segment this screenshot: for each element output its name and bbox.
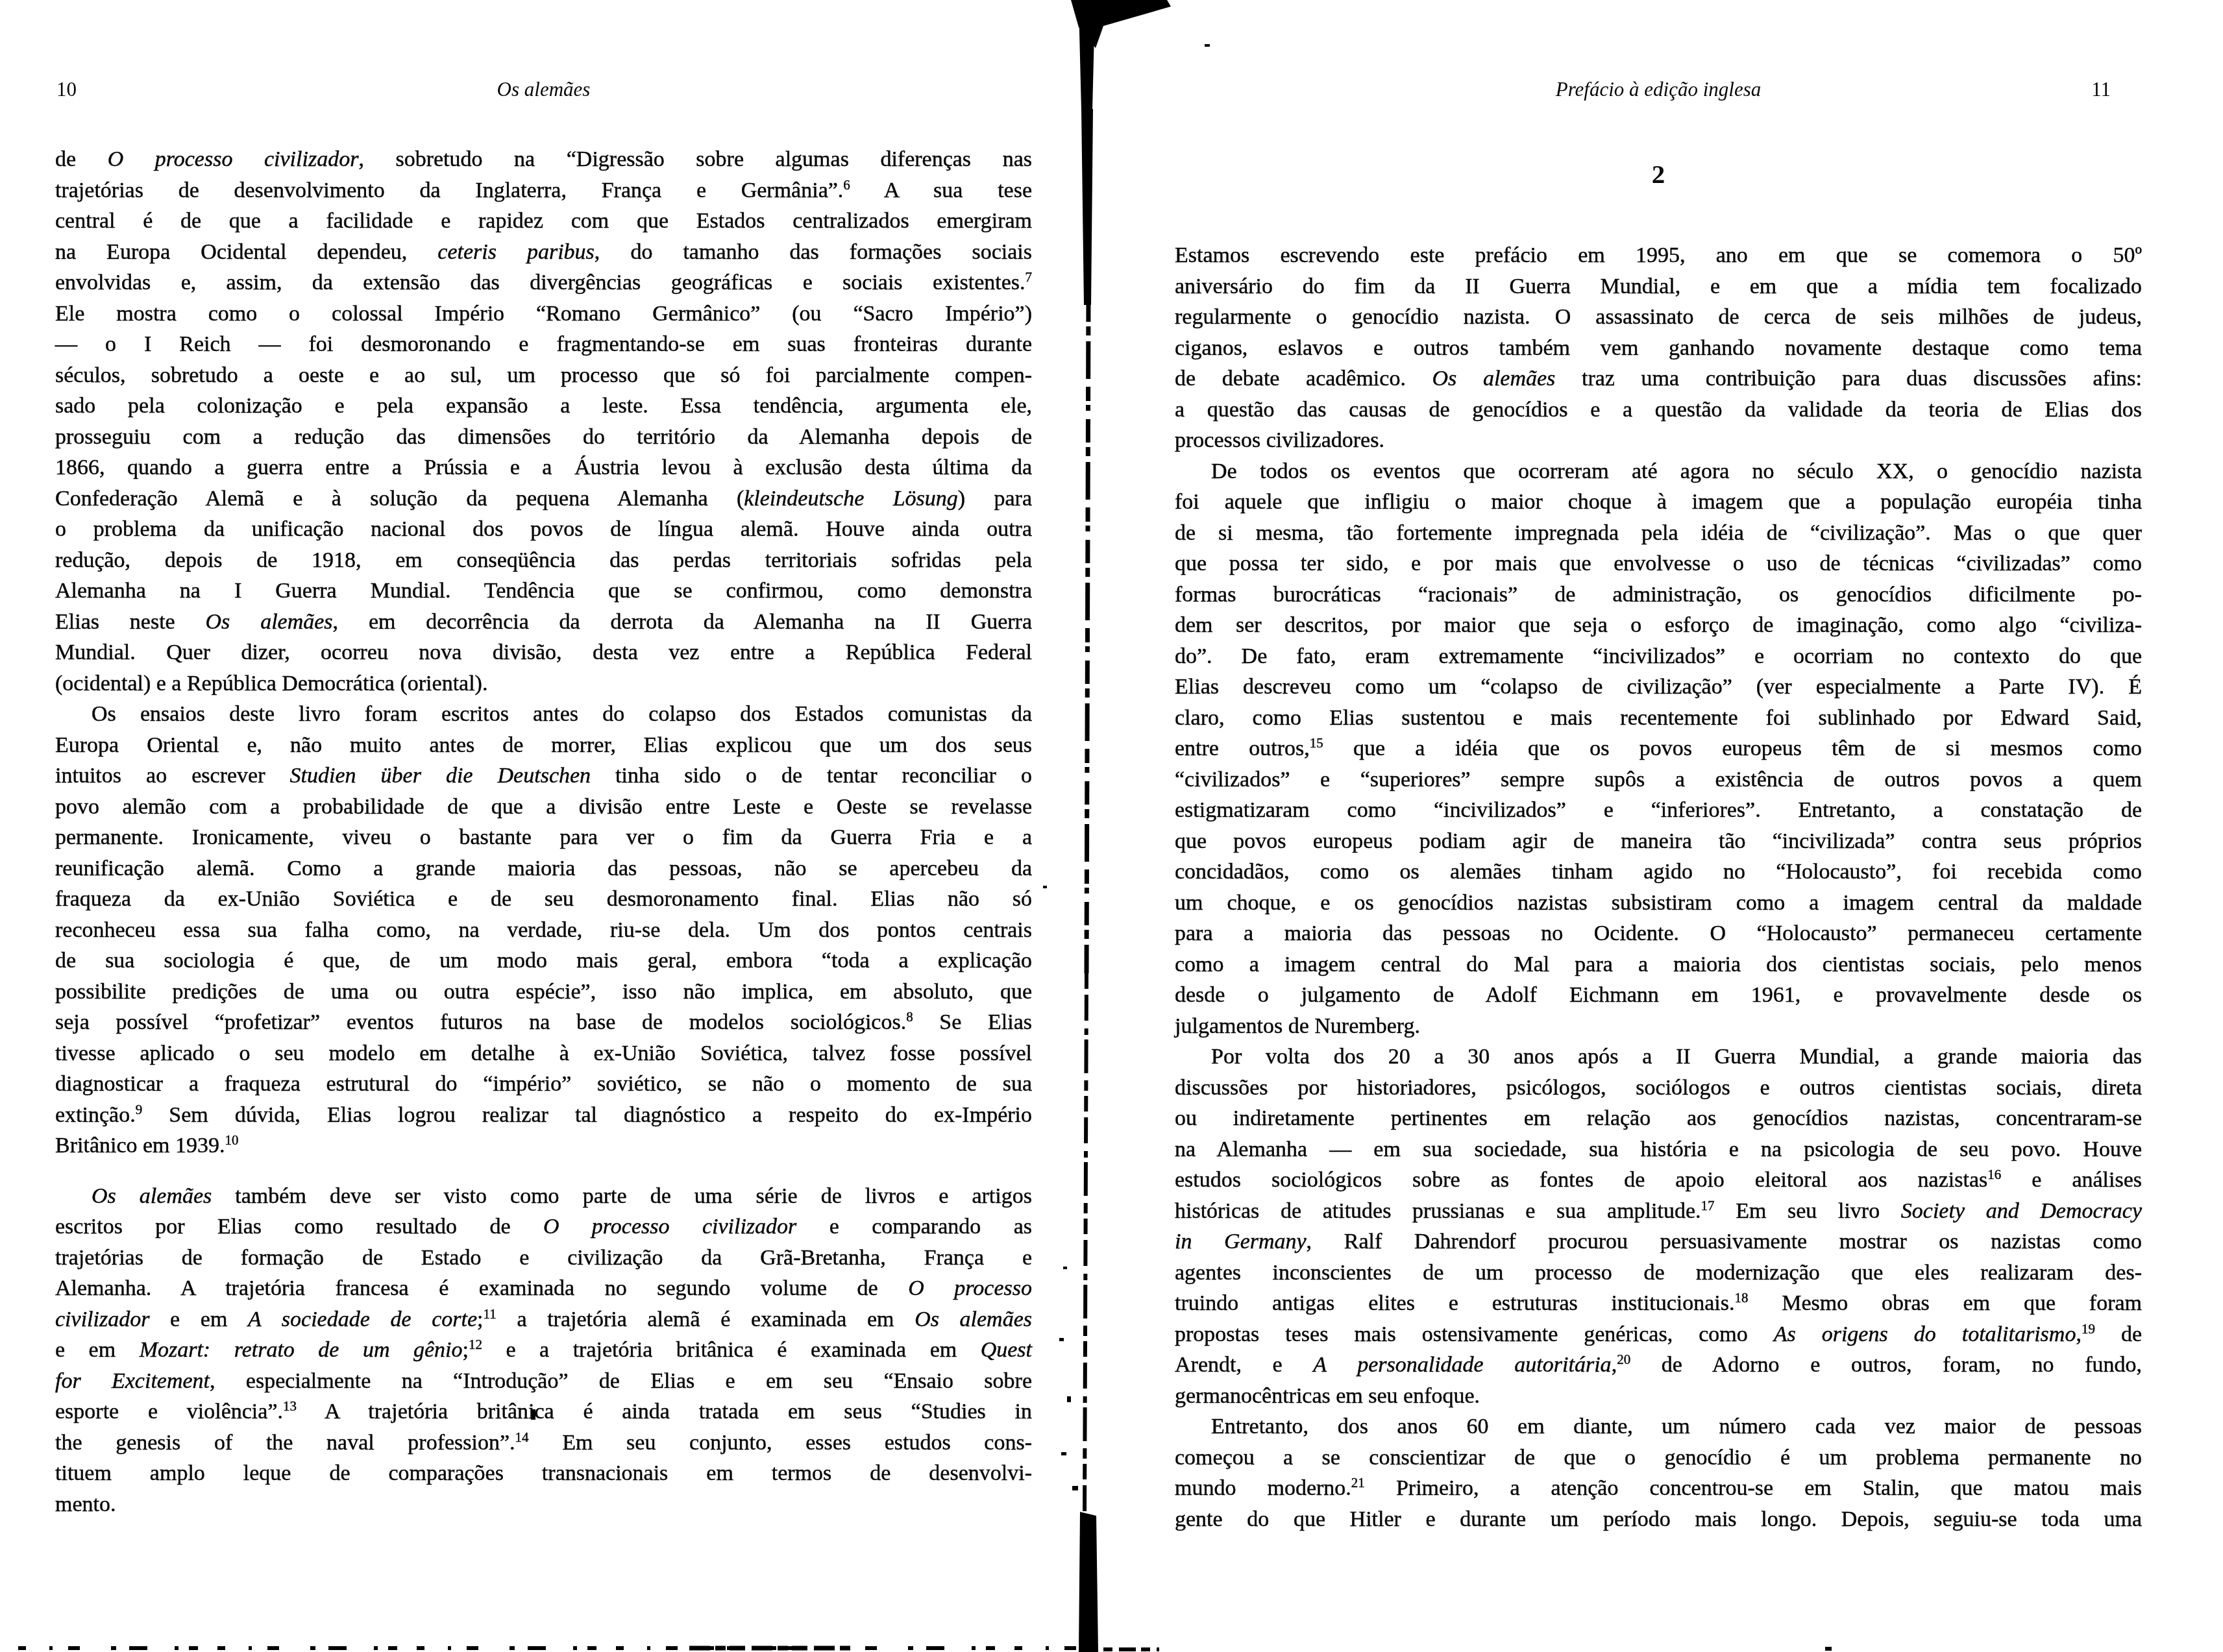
text-line: tivesse aplicado o seu modelo em detalhe… xyxy=(55,1038,1032,1069)
text-line: for Excitement, especialmente na “Introd… xyxy=(55,1366,1032,1397)
text-line: the genesis of the naval profession”.14 … xyxy=(55,1427,1032,1459)
text-line: formas burocráticas “racionais” de admin… xyxy=(1175,579,2142,611)
text-line: povo alemão com a probabilidade de que a… xyxy=(55,792,1032,823)
paragraph: De todos os eventos que ocorreram até ag… xyxy=(1175,456,2142,1042)
speck xyxy=(1059,1338,1064,1341)
text-line: Por volta dos 20 a 30 anos após a II Gue… xyxy=(1175,1041,2142,1073)
paragraph: Por volta dos 20 a 30 anos após a II Gue… xyxy=(1175,1041,2142,1411)
paragraph: de O processo civilizador, sobretudo na … xyxy=(55,144,1032,699)
text-line: julgamentos de Nuremberg. xyxy=(1175,1011,2142,1042)
text-line: ou indiretamente pertinentes em relação … xyxy=(1175,1103,2142,1134)
text-line: mento. xyxy=(55,1489,1032,1520)
text-line: Ele mostra como o colossal Império “Roma… xyxy=(55,298,1032,330)
right-running-header: Prefácio à edição inglesa xyxy=(1175,78,2142,101)
text-line: estigmatizaram como “incivilizados” e “i… xyxy=(1175,795,2142,826)
text-line: séculos, sobretudo a oeste e ao sul, um … xyxy=(55,360,1032,391)
text-line: Europa Oriental e, não muito antes de mo… xyxy=(55,730,1032,761)
right-page-header: Prefácio à edição inglesa 11 xyxy=(1175,78,2142,106)
text-line: para a maioria das pessoas no Ocidente. … xyxy=(1175,918,2142,949)
gutter-line-mid xyxy=(1081,109,1093,305)
gutter-line-top xyxy=(1079,5,1095,110)
text-line: Elias descreveu como um “colapso de civi… xyxy=(1175,672,2142,703)
text-line: central é de que a facilidade e rapidez … xyxy=(55,206,1032,237)
text-line: regularmente o genocídio nazista. O assa… xyxy=(1175,302,2142,333)
text-line: de sua sociologia é que, de um modo mais… xyxy=(55,945,1032,977)
text-line: de si mesma, tão fortemente impregnada p… xyxy=(1175,518,2142,549)
speck xyxy=(1072,1486,1078,1490)
speck xyxy=(1205,44,1210,47)
gutter-line-dashed-1 xyxy=(1087,298,1088,973)
text-line: claro, como Elias sustentou e mais recen… xyxy=(1175,703,2142,734)
scanned-book-spread: { "left_page": { "page_number": "10", "r… xyxy=(0,0,2223,1652)
text-line: foi aquele que infligiu o maior choque à… xyxy=(1175,487,2142,518)
gutter-line-bottom xyxy=(1079,1512,1098,1652)
text-line: desde o julgamento de Adolf Eichmann em … xyxy=(1175,980,2142,1011)
text-line: aniversário do fim da II Guerra Mundial,… xyxy=(1175,271,2142,302)
text-line: germanocêntricas em seu enfoque. xyxy=(1175,1381,2142,1412)
text-line: (ocidental) e a República Democrática (o… xyxy=(55,668,1032,699)
text-line: discussões por historiadores, psicólogos… xyxy=(1175,1073,2142,1104)
text-line: intuitos ao escrever Studien über die De… xyxy=(55,760,1032,792)
text-line: na Alemanha — em sua sociedade, sua hist… xyxy=(1175,1134,2142,1165)
text-line: históricas de atitudes prussianas e sua … xyxy=(1175,1196,2142,1227)
text-line: de debate acadêmico. Os alemães traz uma… xyxy=(1175,363,2142,395)
left-page-body: de O processo civilizador, sobretudo na … xyxy=(55,144,1032,1520)
text-line: trajetórias de desenvolvimento da Inglat… xyxy=(55,175,1032,206)
text-line: na Europa Ocidental dependeu, ceteris pa… xyxy=(55,237,1032,268)
text-line: como a imagem central do Mal para a maio… xyxy=(1175,949,2142,980)
text-line: Britânico em 1939.10 xyxy=(55,1130,1032,1161)
text-line: redução, depois de 1918, em conseqüência… xyxy=(55,545,1032,576)
text-line: Entretanto, dos anos 60 em diante, um nú… xyxy=(1175,1411,2142,1442)
text-line: civilizador e em A sociedade de corte;11… xyxy=(55,1304,1032,1335)
text-line: envolvidas e, assim, da extensão das div… xyxy=(55,267,1032,298)
text-line: que possa ter sido, e por mais que envol… xyxy=(1175,548,2142,579)
text-line: processos civilizadores. xyxy=(1175,425,2142,456)
text-line: prosseguiu com a redução das dimensões d… xyxy=(55,422,1032,453)
text-line: Os ensaios deste livro foram escritos an… xyxy=(55,699,1032,730)
right-page-number: 11 xyxy=(2091,78,2111,101)
text-line: escritos por Elias como resultado de O p… xyxy=(55,1211,1032,1243)
text-line: tituem amplo leque de comparações transn… xyxy=(55,1458,1032,1489)
text-line: a questão das causas de genocídios e a q… xyxy=(1175,395,2142,426)
text-line: estudos sociológicos sobre as fontes de … xyxy=(1175,1165,2142,1196)
text-line: Mundial. Quer dizer, ocorreu nova divisã… xyxy=(55,637,1032,668)
text-line: Elias neste Os alemães, em decorrência d… xyxy=(55,607,1032,638)
left-page-header: 10 Os alemães xyxy=(55,78,1032,106)
text-line: 1866, quando a guerra entre a Prússia e … xyxy=(55,452,1032,483)
text-line: reconheceu essa sua falha como, na verda… xyxy=(55,915,1032,946)
text-line: Confederação Alemã e à solução da pequen… xyxy=(55,483,1032,515)
text-line: propostas teses mais ostensivamente gené… xyxy=(1175,1319,2142,1350)
text-line: começou a se conscientizar de que o geno… xyxy=(1175,1442,2142,1474)
speck xyxy=(1067,1396,1071,1402)
text-line: trajetórias de formação de Estado e civi… xyxy=(55,1243,1032,1274)
text-line: permanente. Ironicamente, viveu o bastan… xyxy=(55,822,1032,853)
text-line: o problema da unificação nacional dos po… xyxy=(55,514,1032,545)
right-page-body: Estamos escrevendo este prefácio em 1995… xyxy=(1175,240,2142,1535)
text-line: — o I Reich — foi desmoronando e fragmen… xyxy=(55,329,1032,360)
speck xyxy=(1061,1452,1066,1455)
text-line: De todos os eventos que ocorreram até ag… xyxy=(1175,456,2142,487)
left-running-header: Os alemães xyxy=(55,78,1032,101)
paragraph: Estamos escrevendo este prefácio em 1995… xyxy=(1175,240,2142,456)
text-line: e em Mozart: retrato de um gênio;12 e a … xyxy=(55,1335,1032,1366)
speck xyxy=(1063,1267,1067,1269)
text-line: Alemanha na I Guerra Mundial. Tendência … xyxy=(55,576,1032,607)
text-line: possibilite predições de uma ou outra es… xyxy=(55,977,1032,1008)
text-line: agentes inconscientes de um processo de … xyxy=(1175,1257,2142,1289)
text-line: um choque, e os genocídios nazistas subs… xyxy=(1175,888,2142,919)
text-line: diagnosticar a fraqueza estrutural do “i… xyxy=(55,1069,1032,1100)
paragraph: Os alemães também deve ser visto como pa… xyxy=(55,1181,1032,1520)
text-line: Os alemães também deve ser visto como pa… xyxy=(55,1181,1032,1212)
text-line: truindo antigas elites e estruturas inst… xyxy=(1175,1288,2142,1319)
text-line: Alemanha. A trajetória francesa é examin… xyxy=(55,1273,1032,1304)
text-line: mundo moderno.21 Primeiro, a atenção con… xyxy=(1175,1473,2142,1504)
gutter-line-dashed-2 xyxy=(1085,973,1087,1518)
text-line: fraqueza da ex-União Soviética e de seu … xyxy=(55,884,1032,915)
text-line: seja possível “profetizar” eventos futur… xyxy=(55,1007,1032,1038)
section-number: 2 xyxy=(1175,158,2142,189)
text-line: Arendt, e A personalidade autoritária,20… xyxy=(1175,1350,2142,1381)
text-line: ciganos, eslavos e outros também vem gan… xyxy=(1175,333,2142,364)
text-line: entre outros,15 que a idéia que os povos… xyxy=(1175,733,2142,764)
paragraph: Entretanto, dos anos 60 em diante, um nú… xyxy=(1175,1411,2142,1535)
text-line: extinção.9 Sem dúvida, Elias logrou real… xyxy=(55,1100,1032,1131)
paragraph: Os ensaios deste livro foram escritos an… xyxy=(55,699,1032,1161)
text-line: do”. De fato, eram extremamente “incivil… xyxy=(1175,641,2142,672)
text-line: de O processo civilizador, sobretudo na … xyxy=(55,144,1032,175)
text-line: dem ser descritos, por maior que seja o … xyxy=(1175,610,2142,641)
speck xyxy=(1825,1647,1832,1651)
text-line: concidadãos, como os alemães tinham agid… xyxy=(1175,856,2142,888)
text-line: sado pela colonização e pela expansão a … xyxy=(55,391,1032,422)
text-line: Estamos escrevendo este prefácio em 1995… xyxy=(1175,240,2142,271)
gutter-top-wedge xyxy=(1071,0,1171,48)
text-line: gente do que Hitler e durante um período… xyxy=(1175,1504,2142,1535)
text-line: esporte e violência”.13 A trajetória bri… xyxy=(55,1396,1032,1427)
text-line: reunificação alemã. Como a grande maiori… xyxy=(55,853,1032,884)
speck xyxy=(1043,886,1047,888)
text-line: in Germany, Ralf Dahrendorf procurou per… xyxy=(1175,1226,2142,1257)
text-line: que povos europeus podiam agir de maneir… xyxy=(1175,826,2142,857)
text-line: “civilizados” e “superiores” sempre supô… xyxy=(1175,764,2142,796)
